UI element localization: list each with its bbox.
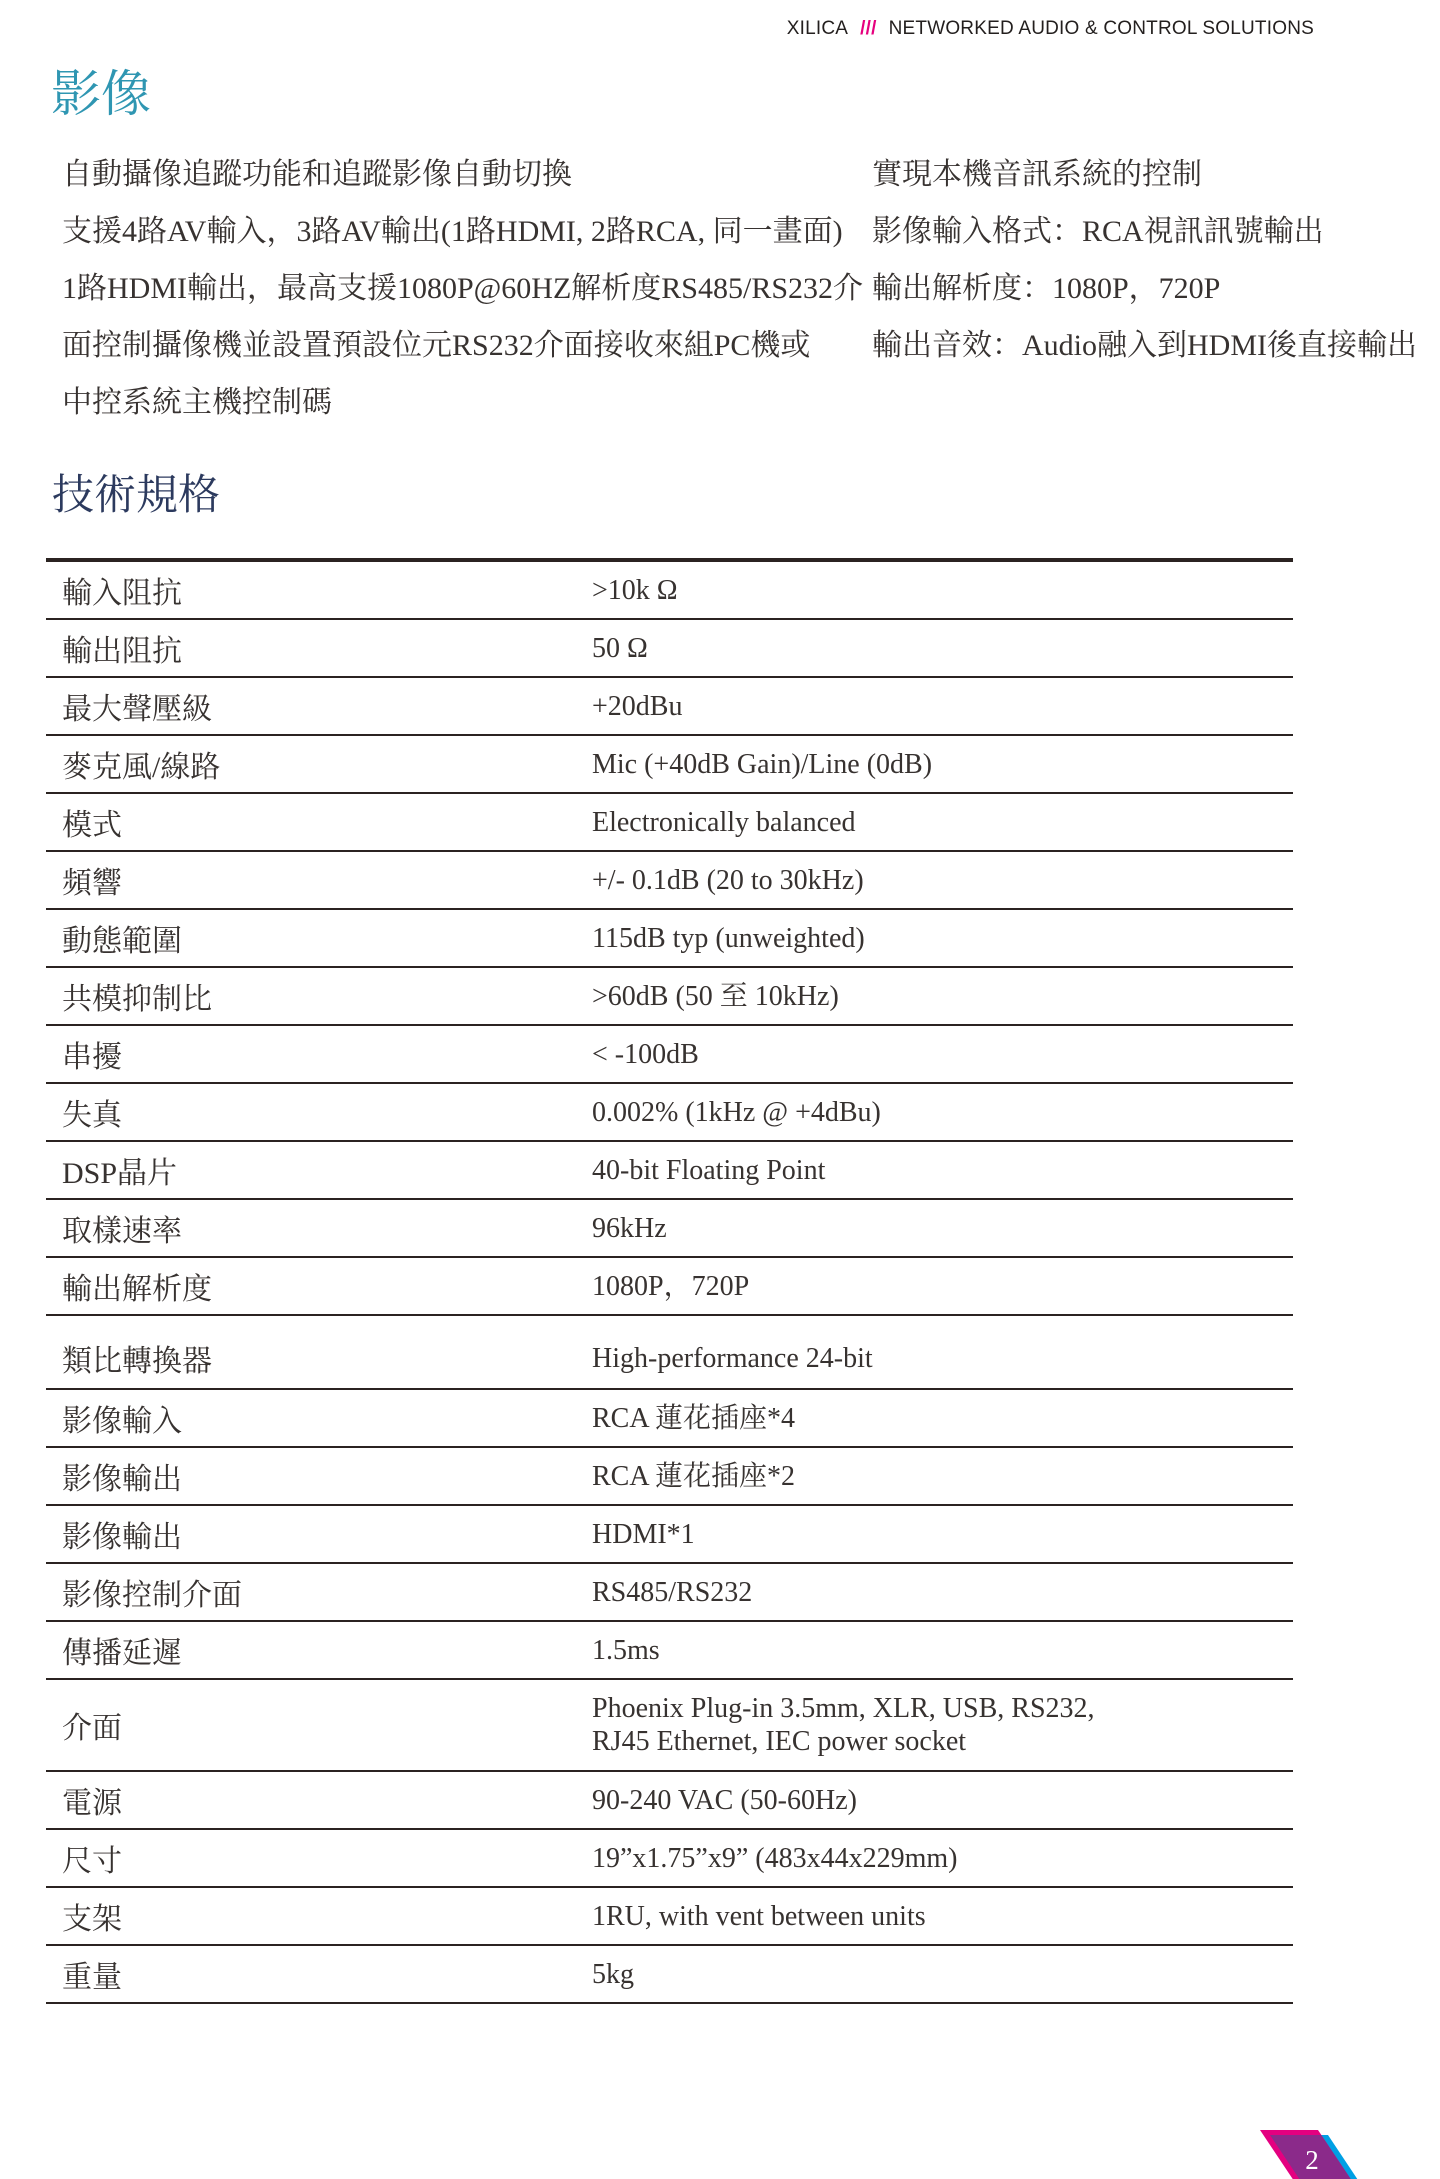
spec-value: >10k Ω [592, 568, 678, 613]
spec-value: 50 Ω [592, 626, 648, 671]
header-tagline: NETWORKED AUDIO & CONTROL SOLUTIONS [889, 18, 1314, 39]
table-row: 輸出解析度 1080P，720P [46, 1258, 1293, 1316]
spec-label: 共模抑制比 [46, 974, 592, 1018]
spec-value-line: RCA 蓮花插座*2 [592, 1460, 795, 1493]
spec-value: Phoenix Plug-in 3.5mm, XLR, USB, RS232, … [592, 1686, 1095, 1764]
table-row: 電源 90-240 VAC (50-60Hz) [46, 1772, 1293, 1830]
table-row: 介面 Phoenix Plug-in 3.5mm, XLR, USB, RS23… [46, 1680, 1293, 1772]
spec-value: +20dBu [592, 684, 682, 729]
brand-name: XILICA [787, 18, 848, 39]
table-row: 影像輸入 RCA 蓮花插座*4 [46, 1390, 1293, 1448]
spec-value-line: 1080P，720P [592, 1270, 749, 1303]
table-row: 串擾 < -100dB [46, 1026, 1293, 1084]
spec-value: +/- 0.1dB (20 to 30kHz) [592, 858, 864, 903]
spec-label: 取樣速率 [46, 1206, 592, 1250]
spec-value: Electronically balanced [592, 800, 856, 845]
spec-value-line: 115dB typ (unweighted) [592, 922, 865, 955]
spec-value-line: 5kg [592, 1958, 634, 1991]
table-row: 頻響 +/- 0.1dB (20 to 30kHz) [46, 852, 1293, 910]
spec-label: 頻響 [46, 858, 592, 902]
intro-text-line: 自動攝像追蹤功能和追蹤影像自動切換 [62, 146, 834, 203]
table-row: 動態範圍 115dB typ (unweighted) [46, 910, 1293, 968]
spec-label: 支架 [46, 1894, 592, 1938]
table-row: 輸入阻抗 >10k Ω [46, 562, 1293, 620]
table-row: 共模抑制比 >60dB (50 至 10kHz) [46, 968, 1293, 1026]
spec-value-line: 90-240 VAC (50-60Hz) [592, 1784, 857, 1817]
page-number: 2 [1305, 2145, 1319, 2175]
table-row: 最大聲壓級 +20dBu [46, 678, 1293, 736]
spec-label: 麥克風/線路 [46, 742, 592, 786]
spec-value-line: RS485/RS232 [592, 1576, 752, 1609]
table-row: 取樣速率 96kHz [46, 1200, 1293, 1258]
spec-label: 類比轉換器 [46, 1336, 592, 1380]
intro-text-line: 中控系統主機控制碼 [62, 374, 834, 431]
intro-text-line: 1路HDMI輸出，最高支援1080P@60HZ解析度RS485/RS232介 [62, 260, 834, 317]
spec-label: 輸入阻抗 [46, 568, 592, 612]
spec-value-line: Electronically balanced [592, 806, 856, 839]
spec-label: 影像控制介面 [46, 1570, 592, 1614]
spec-label: 重量 [46, 1952, 592, 1996]
intro-right-column: 實現本機音訊系統的控制 影像輸入格式：RCA視訊訊號輸出 輸出解析度：1080P… [872, 146, 1417, 374]
spec-sheet-page: XILICA///NETWORKED AUDIO & CONTROL SOLUT… [0, 0, 1440, 2179]
spec-label: 最大聲壓級 [46, 684, 592, 728]
section-title-specs: 技術規格 [52, 462, 220, 522]
spec-value: 1.5ms [592, 1628, 660, 1673]
table-row: 支架 1RU, with vent between units [46, 1888, 1293, 1946]
intro-text-line: 影像輸入格式：RCA視訊訊號輸出 [872, 203, 1417, 260]
spec-value-line: High-performance 24-bit [592, 1342, 873, 1375]
table-row: 麥克風/線路 Mic (+40dB Gain)/Line (0dB) [46, 736, 1293, 794]
spec-value-line: Mic (+40dB Gain)/Line (0dB) [592, 748, 932, 781]
spec-label: 模式 [46, 800, 592, 844]
spec-label: 影像輸入 [46, 1396, 592, 1440]
spec-value-line: 96kHz [592, 1212, 667, 1245]
video-intro: 自動攝像追蹤功能和追蹤影像自動切換 支援4路AV輸入，3路AV輸出(1路HDMI… [62, 146, 1417, 431]
table-row: 輸出阻抗 50 Ω [46, 620, 1293, 678]
table-row: 尺寸 19”x1.75”x9” (483x44x229mm) [46, 1830, 1293, 1888]
spec-label: 輸出阻抗 [46, 626, 592, 670]
table-row: 模式 Electronically balanced [46, 794, 1293, 852]
spec-label: 失真 [46, 1090, 592, 1134]
spec-value-line: +/- 0.1dB (20 to 30kHz) [592, 864, 864, 897]
spec-value: 40-bit Floating Point [592, 1148, 825, 1193]
spec-value: 19”x1.75”x9” (483x44x229mm) [592, 1836, 958, 1881]
spec-value: 1RU, with vent between units [592, 1894, 926, 1939]
spec-label: 電源 [46, 1778, 592, 1822]
spec-value: HDMI*1 [592, 1512, 695, 1557]
spec-value-line: +20dBu [592, 690, 682, 723]
spec-value: High-performance 24-bit [592, 1336, 873, 1381]
spec-value: >60dB (50 至 10kHz) [592, 974, 839, 1019]
spec-value-line: 19”x1.75”x9” (483x44x229mm) [592, 1842, 958, 1875]
spec-value-line: Phoenix Plug-in 3.5mm, XLR, USB, RS232, [592, 1692, 1095, 1725]
spec-value-line: >10k Ω [592, 574, 678, 607]
table-row: 影像輸出 HDMI*1 [46, 1506, 1293, 1564]
spec-label: 介面 [46, 1703, 592, 1747]
table-row: 失真 0.002% (1kHz @ +4dBu) [46, 1084, 1293, 1142]
spec-value-line: HDMI*1 [592, 1518, 695, 1551]
spec-value: 0.002% (1kHz @ +4dBu) [592, 1090, 881, 1135]
spec-value: RCA 蓮花插座*4 [592, 1396, 795, 1441]
spec-value-line: 1.5ms [592, 1634, 660, 1667]
intro-text-line: 輸出解析度：1080P，720P [872, 260, 1417, 317]
intro-left-column: 自動攝像追蹤功能和追蹤影像自動切換 支援4路AV輸入，3路AV輸出(1路HDMI… [62, 146, 834, 431]
spec-table: 輸入阻抗 >10k Ω 輸出阻抗 50 Ω 最大聲壓級 +20dBu [46, 558, 1293, 2004]
triple-slash-icon: /// [860, 18, 876, 39]
spec-label: 影像輸出 [46, 1512, 592, 1556]
spec-label: 串擾 [46, 1032, 592, 1076]
page-number-badge: 2 [1248, 2119, 1378, 2179]
table-row: 影像控制介面 RS485/RS232 [46, 1564, 1293, 1622]
spec-value-line: RJ45 Ethernet, IEC power socket [592, 1725, 1095, 1758]
page-header: XILICA///NETWORKED AUDIO & CONTROL SOLUT… [787, 18, 1314, 40]
spec-value: 1080P，720P [592, 1264, 749, 1309]
spec-value: < -100dB [592, 1032, 699, 1077]
table-row: 重量 5kg [46, 1946, 1293, 2004]
spec-label: 輸出解析度 [46, 1264, 592, 1308]
intro-text-line: 支援4路AV輸入，3路AV輸出(1路HDMI, 2路RCA, 同一畫面) [62, 203, 834, 260]
spec-label: 尺寸 [46, 1836, 592, 1880]
table-row: 類比轉換器 High-performance 24-bit [46, 1316, 1293, 1390]
spec-value: RCA 蓮花插座*2 [592, 1454, 795, 1499]
table-row: DSP晶片 40-bit Floating Point [46, 1142, 1293, 1200]
intro-text-line: 實現本機音訊系統的控制 [872, 146, 1417, 203]
spec-label: 傳播延遲 [46, 1628, 592, 1672]
spec-label: DSP晶片 [46, 1148, 592, 1192]
spec-value-line: 0.002% (1kHz @ +4dBu) [592, 1096, 881, 1129]
spec-value-line: 50 Ω [592, 632, 648, 665]
spec-value: 96kHz [592, 1206, 667, 1251]
intro-text-line: 面控制攝像機並設置預設位元RS232介面接收來組PC機或 [62, 317, 834, 374]
section-title-video: 影像 [51, 54, 151, 126]
spec-value-line: >60dB (50 至 10kHz) [592, 980, 839, 1013]
table-row: 影像輸出 RCA 蓮花插座*2 [46, 1448, 1293, 1506]
spec-value: RS485/RS232 [592, 1570, 752, 1615]
intro-text-line: 輸出音效：Audio融入到HDMI後直接輸出 [872, 317, 1417, 374]
spec-value: 115dB typ (unweighted) [592, 916, 865, 961]
spec-value: 5kg [592, 1952, 634, 1997]
spec-value-line: 1RU, with vent between units [592, 1900, 926, 1933]
spec-value-line: < -100dB [592, 1038, 699, 1071]
table-row: 傳播延遲 1.5ms [46, 1622, 1293, 1680]
spec-value: Mic (+40dB Gain)/Line (0dB) [592, 742, 932, 787]
spec-label: 動態範圍 [46, 916, 592, 960]
spec-value-line: RCA 蓮花插座*4 [592, 1402, 795, 1435]
spec-value-line: 40-bit Floating Point [592, 1154, 825, 1187]
spec-label: 影像輸出 [46, 1454, 592, 1498]
spec-value: 90-240 VAC (50-60Hz) [592, 1778, 857, 1823]
